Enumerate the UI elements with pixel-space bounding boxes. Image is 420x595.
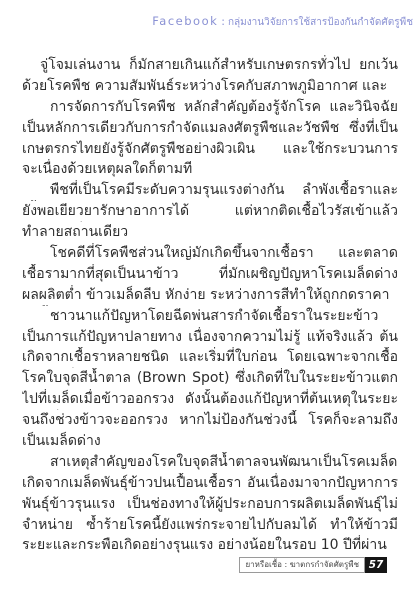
body-paragraph: จู่โจมเล่นงาน ก็มักสายเกินแก้สำหรับเกษตร… (22, 55, 398, 97)
header-separator: : (218, 15, 228, 28)
body-line: จู่โจมเล่นงาน ก็มักสายเกินแก้สำหรับเกษตร… (22, 55, 398, 76)
body-text: จู่โจมเล่นงาน ก็มักสายเกินแก้สำหรับเกษตร… (22, 55, 398, 556)
body-paragraph: พืชที่เป็นโรคมีระดับความรุนแรงต่างกัน ลำ… (22, 180, 398, 243)
body-line: จะเนื่องด้วยเหตุผลใดก็ตามที (22, 159, 398, 180)
body-line: ไปที่เมล็ดเมื่อข้าวออกรวง ดังนั้นต้องแก้… (22, 389, 398, 410)
body-line: เป็นการแก้ปัญหาปลายทาง เนื่องจากความไม่ร… (22, 327, 398, 348)
body-line: เชื้อรามากที่สุดเป็นนาข้าว ที่มักเผชิญปั… (22, 264, 398, 285)
body-line: ด้วยโรคพืช ความสัมพันธ์ระหว่างโรคกับสภาพ… (22, 76, 398, 97)
body-line: สาเหตุสำคัญของโรคใบจุดสีน้ำตาลจนพัฒนาเป็… (22, 452, 398, 473)
body-line: โรคใบจุดสีน้ำตาล (Brown Spot) ซึ่งเกิดที… (22, 368, 398, 389)
body-line: ชาวนาแก้ปัญหาโดยฉีดพ่นสารกำจัดเชื้อราในร… (22, 306, 398, 327)
body-line: เกิดจากเมล็ดพันธุ์ข้าวปนเปื้อนเชื้อรา อั… (22, 473, 398, 494)
body-line: ยังพอเยียวยารักษาอาการได้ แต่หากติดเชื้อ… (22, 201, 398, 222)
body-paragraph: โชคดีที่โรคพืชส่วนใหญ่มักเกิดขึ้นจากเชื้… (22, 243, 398, 306)
body-paragraph: สาเหตุสำคัญของโรคใบจุดสีน้ำตาลจนพัฒนาเป็… (22, 452, 398, 556)
facebook-group-title: กลุ่มงานวิจัยการใช้สารป้องกันกำจัดศัตรูพ… (228, 17, 413, 28)
page-number: 57 (369, 559, 384, 571)
body-line: ผลผลิตต่ำ ข้าวเมล็ดลีบ หักง่าย ระหว่างกา… (22, 285, 398, 306)
body-line: การจัดการกับโรคพืช หลักสำคัญต้องรู้จักโร… (22, 97, 398, 118)
body-paragraph: การจัดการกับโรคพืช หลักสำคัญต้องรู้จักโร… (22, 97, 398, 181)
page-header: Facebook:กลุ่มงานวิจัยการใช้สารป้องกันกำ… (152, 10, 413, 30)
body-paragraph: ชาวนาแก้ปัญหาโดยฉีดพ่นสารกำจัดเชื้อราในร… (22, 306, 398, 452)
body-line: จนถึงช่วงข้าวจะออกรวง หากไม่ป้องกันช่วงน… (22, 410, 398, 431)
page-footer: ยาหรือเชื้อ : ฆาตกรกำจัดศัตรูพืช 57 (239, 557, 387, 573)
book-page: Facebook:กลุ่มงานวิจัยการใช้สารป้องกันกำ… (0, 0, 420, 595)
page-number-box: 57 (365, 557, 387, 573)
facebook-brand-label: Facebook (152, 14, 218, 28)
body-line: ระยะและกระพือเกิดอย่างรุนแรง อย่างน้อยใน… (22, 535, 398, 556)
running-title: ยาหรือเชื้อ : ฆาตกรกำจัดศัตรูพืช (245, 558, 359, 572)
body-line: เป็นเมล็ดด่าง (22, 431, 398, 452)
body-line: จำหน่าย ซ้ำร้ายโรคนี้ยังแพร่กระจายไปกับล… (22, 515, 398, 536)
body-line: เกิดจากเชื้อราหลายชนิด และเริ่มที่ใบก่อน… (22, 347, 398, 368)
running-title-box: ยาหรือเชื้อ : ฆาตกรกำจัดศัตรูพืช (239, 557, 365, 573)
body-line: เกษตรกรไทยยังรู้จักศัตรูพืชอย่างผิวเผิน … (22, 139, 398, 160)
body-line: โชคดีที่โรคพืชส่วนใหญ่มักเกิดขึ้นจากเชื้… (22, 243, 398, 264)
body-line: พืชที่เป็นโรคมีระดับความรุนแรงต่างกัน ลำ… (22, 180, 398, 201)
body-line: เป็นหลักการเดียวกับการกำจัดแมลงศัตรูพืชแ… (22, 118, 398, 139)
body-line: พันธุ์ข้าวรุนแรง เป็นช่องทางให้ผู้ประกอบ… (22, 494, 398, 515)
body-line: ทำลายสถานเดียว (22, 222, 398, 243)
